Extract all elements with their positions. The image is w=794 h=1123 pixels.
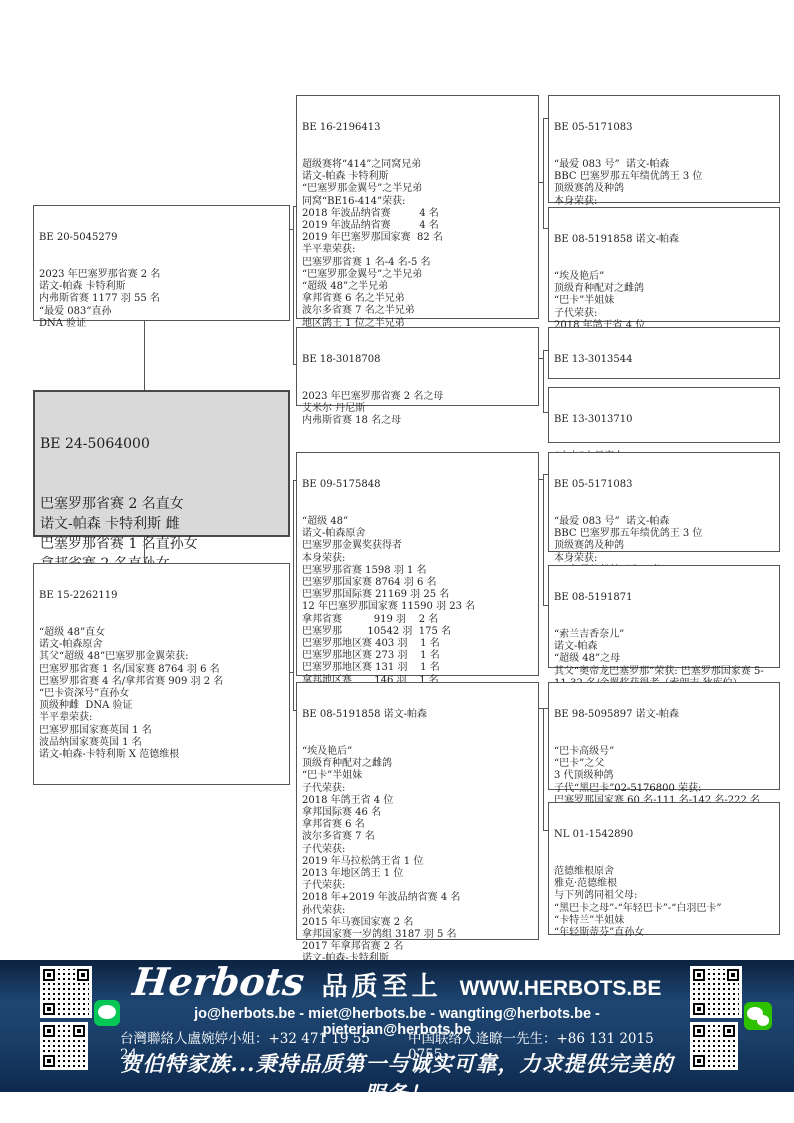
ring-number: NL 01-1542890: [554, 829, 774, 841]
connector-line: [543, 412, 548, 413]
qr-code-icon: [690, 966, 742, 1018]
pedigree-box-ggp-4: BE 13-3013710 “小白”之母直女艾米尔 丹尼斯顶级种雌: [548, 387, 780, 443]
connector-line: [543, 474, 548, 475]
pedigree-page: BE 20-5045279 2023 年巴塞罗那省赛 2 名诺文-帕森 卡特利斯…: [0, 0, 794, 1123]
ring-number: BE 09-5175848: [302, 479, 533, 491]
qr-code-icon: [40, 966, 92, 1018]
ring-number: BE 98-5095897 诺文-帕森: [554, 709, 774, 721]
connector-line: [293, 710, 296, 711]
qr-finder-icon: [77, 969, 89, 981]
connector-line: [293, 364, 296, 365]
footer-brand-row: Herbots 品质至上 WWW.HERBOTS.BE: [130, 960, 664, 1004]
qr-finder-icon: [43, 1003, 55, 1015]
qr-finder-icon: [723, 1025, 735, 1037]
qr-finder-icon: [693, 969, 705, 981]
pedigree-lines: 2023 年巴塞罗那省赛 2 名诺文-帕森 卡特利斯内弗斯省赛 1177 羽 5…: [39, 269, 284, 330]
pedigree-box-grandsire-paternal: BE 16-2196413 超级赛将“414”之同窝兄弟诺文-帕森 卡特利斯“巴…: [296, 95, 539, 319]
qr-finder-icon: [73, 1025, 85, 1037]
pedigree-box-ggp-1: BE 05-5171083 “最爱 083 号” 诺文-帕森BBC 巴塞罗那五年…: [548, 95, 780, 203]
ring-number: BE 20-5045279: [39, 232, 284, 244]
ring-number: BE 05-5171083: [554, 122, 774, 134]
ring-number: BE 05-5171083: [554, 479, 774, 491]
connector-line: [543, 350, 548, 351]
qr-finder-icon: [43, 969, 55, 981]
pedigree-box-grandsire-maternal: BE 09-5175848 “超级 48”诺文-帕森原舍巴塞罗那金翼奖获得者本身…: [296, 452, 539, 676]
ring-number: BE 16-2196413: [302, 122, 533, 134]
pedigree-lines: “巴卡高级号”“巴卡”之父3 代顶级种鸽子代“黑巴卡”02-5176800 荣获…: [554, 746, 774, 807]
ring-number: BE 13-3013710: [554, 414, 774, 426]
connector-line: [543, 474, 544, 605]
connector-line: [293, 206, 294, 364]
pedigree-box-ggp-8: NL 01-1542890 范德维根原舍雅克·范德维根与下列鸽同祖父母:“黑巴卡…: [548, 802, 780, 935]
footer-website: WWW.HERBOTS.BE: [460, 977, 662, 1001]
pedigree-lines: 2023 年巴塞罗那省赛 2 名之母艾米尔 丹尼斯内弗斯省赛 18 名之母: [302, 391, 533, 428]
pedigree-lines: “索兰吉香奈儿”诺文-帕森“超级 48”之母其父“奥帝龙巴塞罗那”荣获: 巴塞罗…: [554, 629, 774, 690]
pedigree-box-ggp-5: BE 05-5171083 “最爱 083 号” 诺文-帕森BBC 巴塞罗那五年…: [548, 452, 780, 552]
connector-line: [144, 537, 145, 563]
qr-finder-icon: [727, 969, 739, 981]
connector-line: [543, 118, 544, 228]
pedigree-box-ggp-3: BE 13-3013544 “德博拉年轻号”艾米尔 丹尼斯顶级种鸽之兄弟: [548, 327, 780, 379]
pedigree-box-granddam-maternal: BE 08-5191858 诺文-帕森 “埃及艳后”顶级育种配对之雌鸽“巴卡”半…: [296, 682, 539, 940]
pedigree-lines: “埃及艳后”顶级育种配对之雌鸽“巴卡”半姐妹子代荣获:2018 年鸽王省 4 位…: [302, 746, 533, 966]
pedigree-box-ggp-2: BE 08-5191858 诺文-帕森 “埃及艳后”顶级育种配对之雌鸽“巴卡”半…: [548, 207, 780, 322]
ring-number: BE 08-5191858 诺文-帕森: [302, 709, 533, 721]
connector-line: [543, 350, 544, 412]
pedigree-lines: 范德维根原舍雅克·范德维根与下列鸽同祖父母:“黑巴卡之母”-“年轻巴卡”-“白羽…: [554, 866, 774, 939]
qr-code-icon: [690, 1022, 738, 1070]
connector-line: [543, 830, 548, 831]
qr-finder-icon: [693, 1055, 705, 1067]
pedigree-box-sire: BE 20-5045279 2023 年巴塞罗那省赛 2 名诺文-帕森 卡特利斯…: [33, 205, 290, 321]
pedigree-box-dam: BE 15-2262119 “超级 48”直女诺文-帕森原舍其父“超级 48”巴…: [33, 563, 290, 785]
pedigree-lines: 超级赛将“414”之同窝兄弟诺文-帕森 卡特利斯“巴塞罗那金翼号”之半兄弟同窝“…: [302, 159, 533, 354]
pedigree-lines: “超级 48”直女诺文-帕森原舍其父“超级 48”巴塞罗那金翼荣获:巴塞罗那省赛…: [39, 627, 284, 761]
pedigree-box-granddam-paternal: BE 18-3018708 2023 年巴塞罗那省赛 2 名之母艾米尔 丹尼斯内…: [296, 327, 539, 406]
ring-number: BE 24-5064000: [40, 434, 283, 454]
connector-line: [293, 480, 294, 710]
line-app-icon: [94, 1000, 120, 1026]
footer-banner: Herbots 品质至上 WWW.HERBOTS.BE jo@herbots.b…: [0, 960, 794, 1092]
ring-number: BE 15-2262119: [39, 590, 284, 602]
connector-line: [543, 118, 548, 119]
qr-code-icon: [40, 1022, 88, 1070]
ring-number: BE 13-3013544: [554, 354, 774, 366]
ring-number: BE 18-3018708: [302, 354, 533, 366]
footer-tagline: 贺伯特家族...秉持品质第一与诚实可靠，力求提供完美的服务！: [110, 1048, 684, 1108]
ring-number: BE 08-5191858 诺文-帕森: [554, 234, 774, 246]
connector-line: [543, 605, 548, 606]
connector-line: [293, 206, 296, 207]
pedigree-box-subject: BE 24-5064000 巴塞罗那省赛 2 名直女诺文-帕森 卡特利斯 雌巴塞…: [33, 390, 290, 537]
qr-finder-icon: [693, 1003, 705, 1015]
footer-slogan: 品质至上: [322, 966, 442, 1003]
qr-finder-icon: [43, 1025, 55, 1037]
connector-line: [543, 228, 548, 229]
ring-number: BE 08-5191871: [554, 592, 774, 604]
connector-line: [293, 480, 296, 481]
wechat-icon: [744, 1002, 772, 1030]
pedigree-box-ggp-7: BE 98-5095897 诺文-帕森 “巴卡高级号”“巴卡”之父3 代顶级种鸽…: [548, 682, 780, 790]
qr-finder-icon: [43, 1055, 55, 1067]
pedigree-box-ggp-6: BE 08-5191871 “索兰吉香奈儿”诺文-帕森“超级 48”之母其父“奥…: [548, 565, 780, 668]
qr-finder-icon: [693, 1025, 705, 1037]
connector-line: [543, 708, 544, 830]
herbots-logo: Herbots: [130, 960, 306, 1004]
connector-line: [144, 321, 145, 390]
